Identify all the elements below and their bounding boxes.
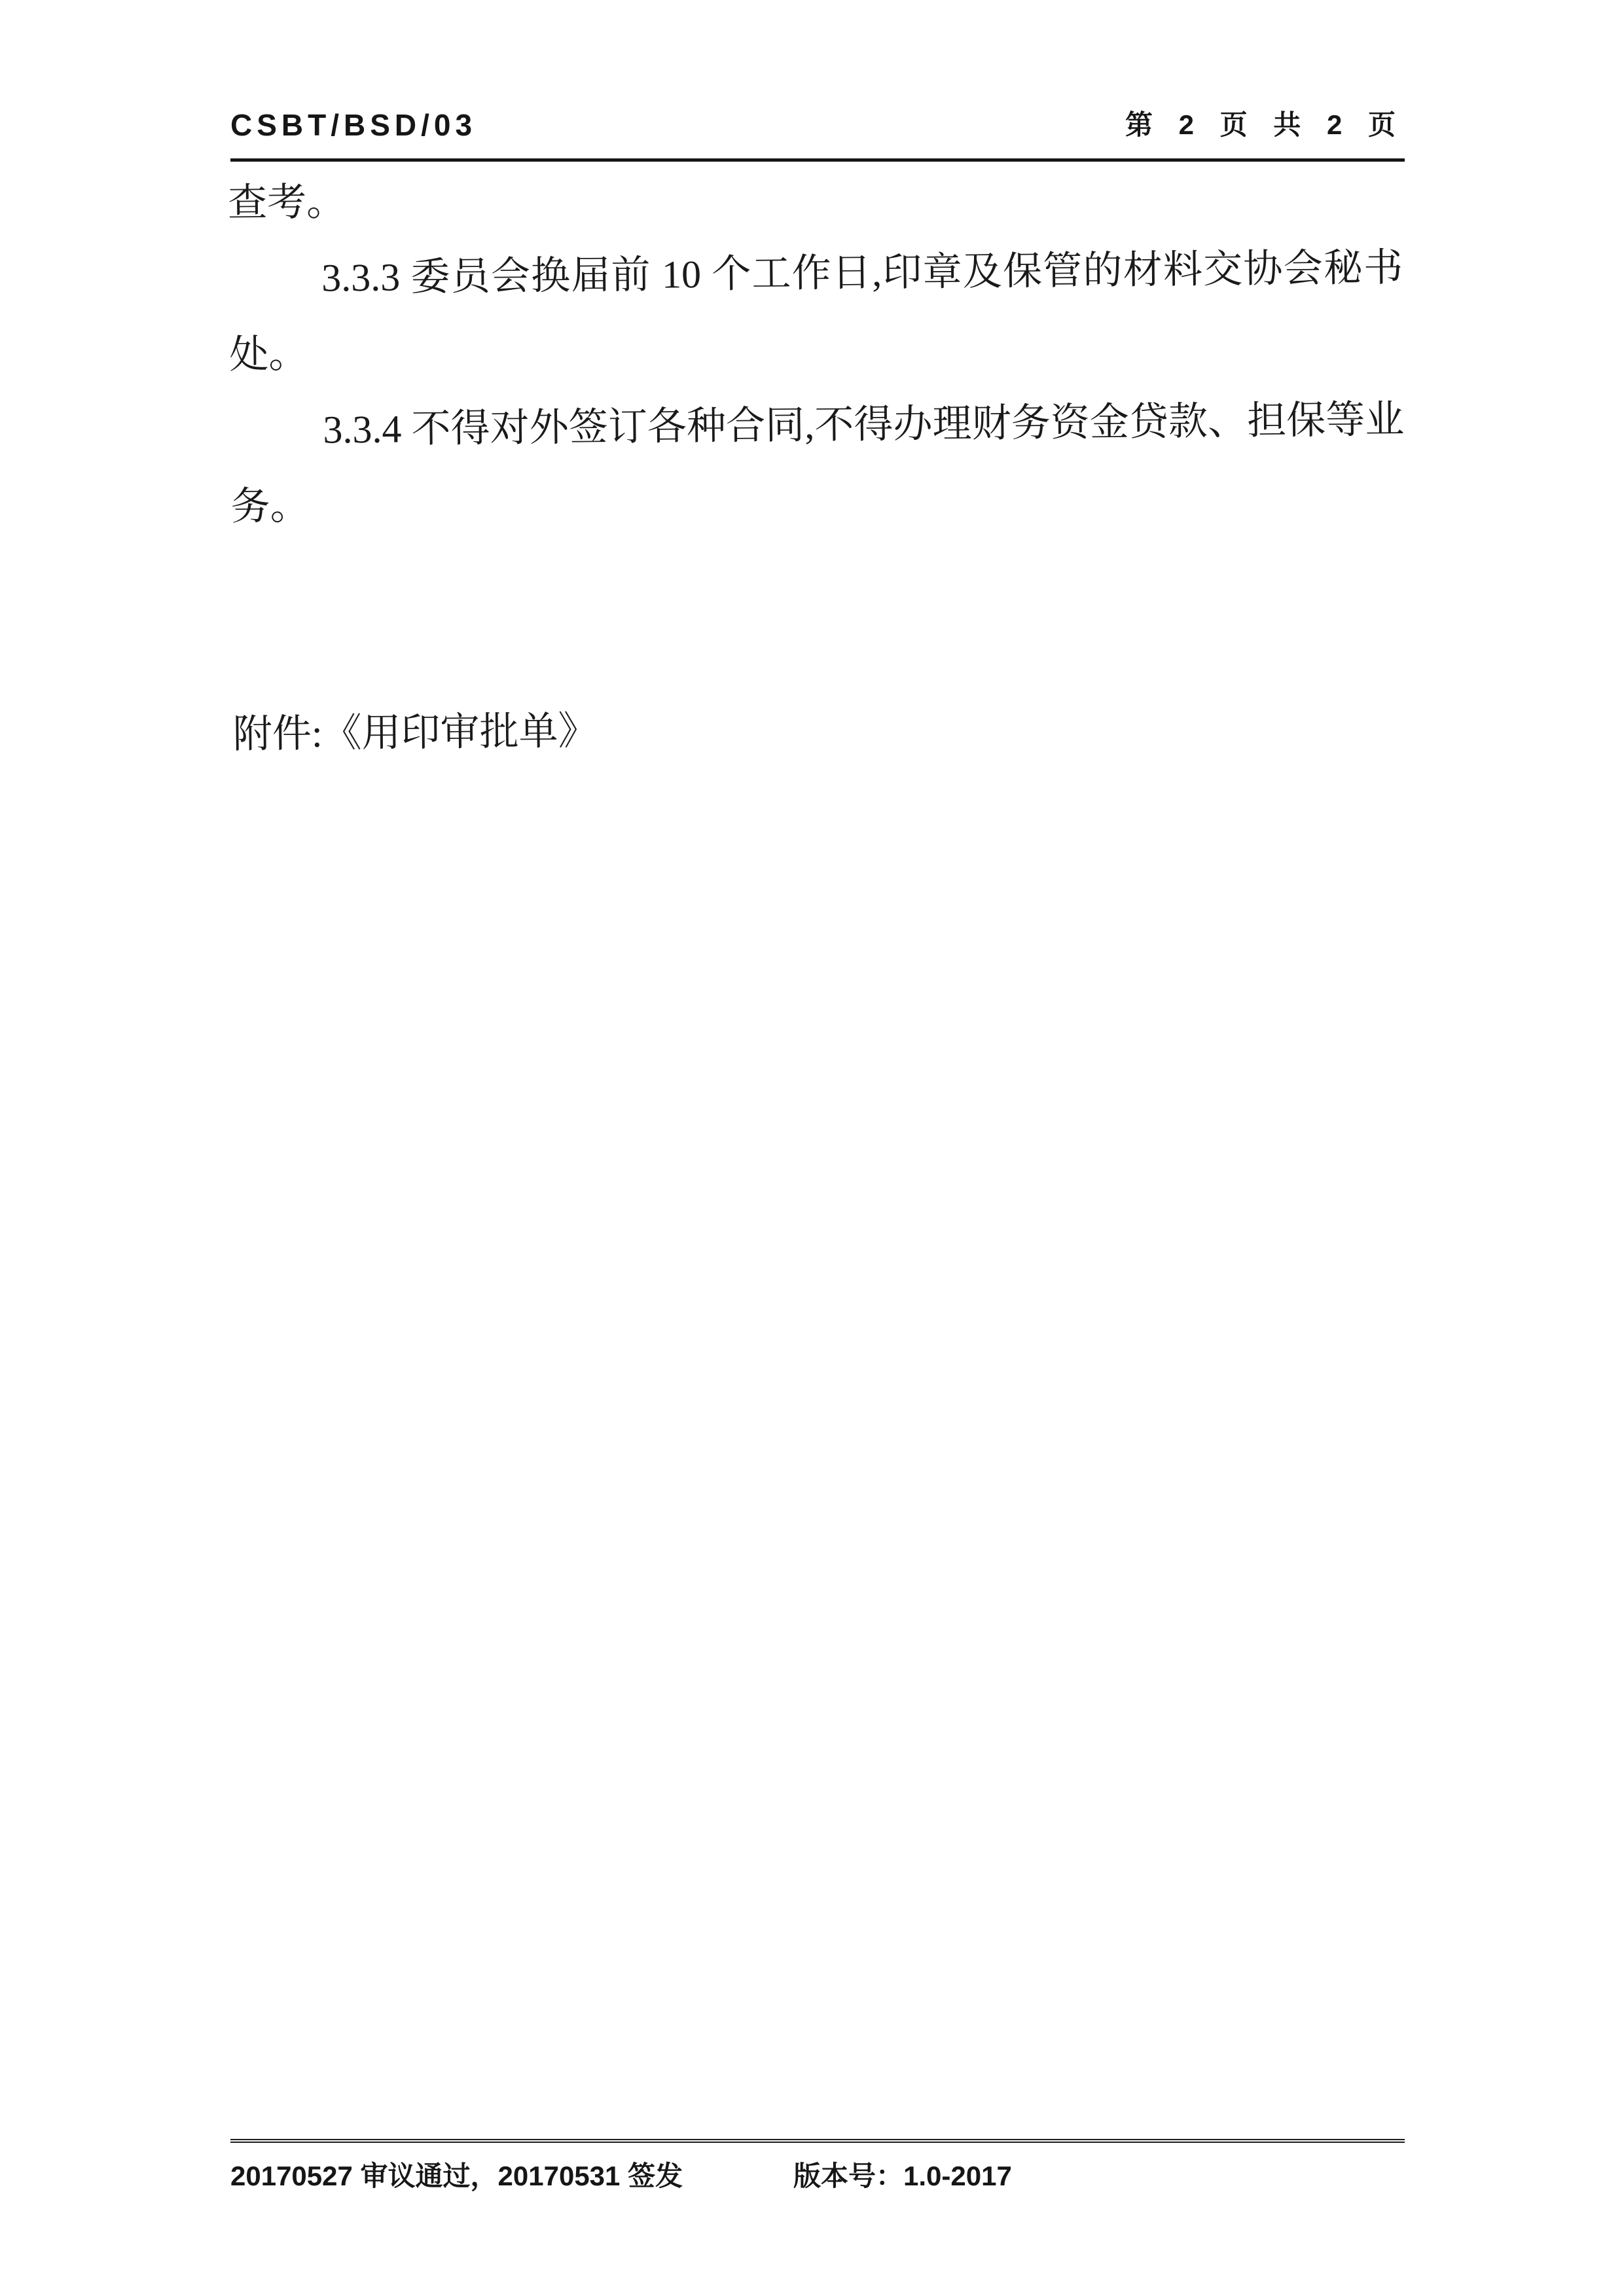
page-footer: 20170527 审议通过，20170531 签发 版本号：1.0-2017: [230, 2139, 1405, 2194]
paragraph-clause-3-3-3: 3.3.3 委员会换届前 10 个工作日,印章及保管的材料交协会秘书处。: [228, 230, 1404, 393]
document-page: CSBT/BSD/03 第 2 页 共 2 页 查考。 3.3.3 委员会换届前…: [0, 0, 1624, 2296]
approval-dates: 20170527 审议通过，20170531 签发: [230, 2155, 793, 2194]
page-number-indicator: 第 2 页 共 2 页: [1125, 103, 1405, 143]
paragraph-continuation: 查考。: [228, 154, 1403, 241]
paragraph-clause-3-3-4: 3.3.4 不得对外签订各种合同,不得办理财务资金贷款、担保等业务。: [230, 382, 1405, 545]
page-header: CSBT/BSD/03 第 2 页 共 2 页: [230, 103, 1405, 162]
document-code: CSBT/BSD/03: [230, 107, 477, 143]
version-number: 版本号：1.0-2017: [793, 2155, 1012, 2194]
attachment-reference: 附件:《用印审批单》: [232, 685, 1407, 772]
document-body: 查考。 3.3.3 委员会换届前 10 个工作日,印章及保管的材料交协会秘书处。…: [228, 154, 1408, 772]
